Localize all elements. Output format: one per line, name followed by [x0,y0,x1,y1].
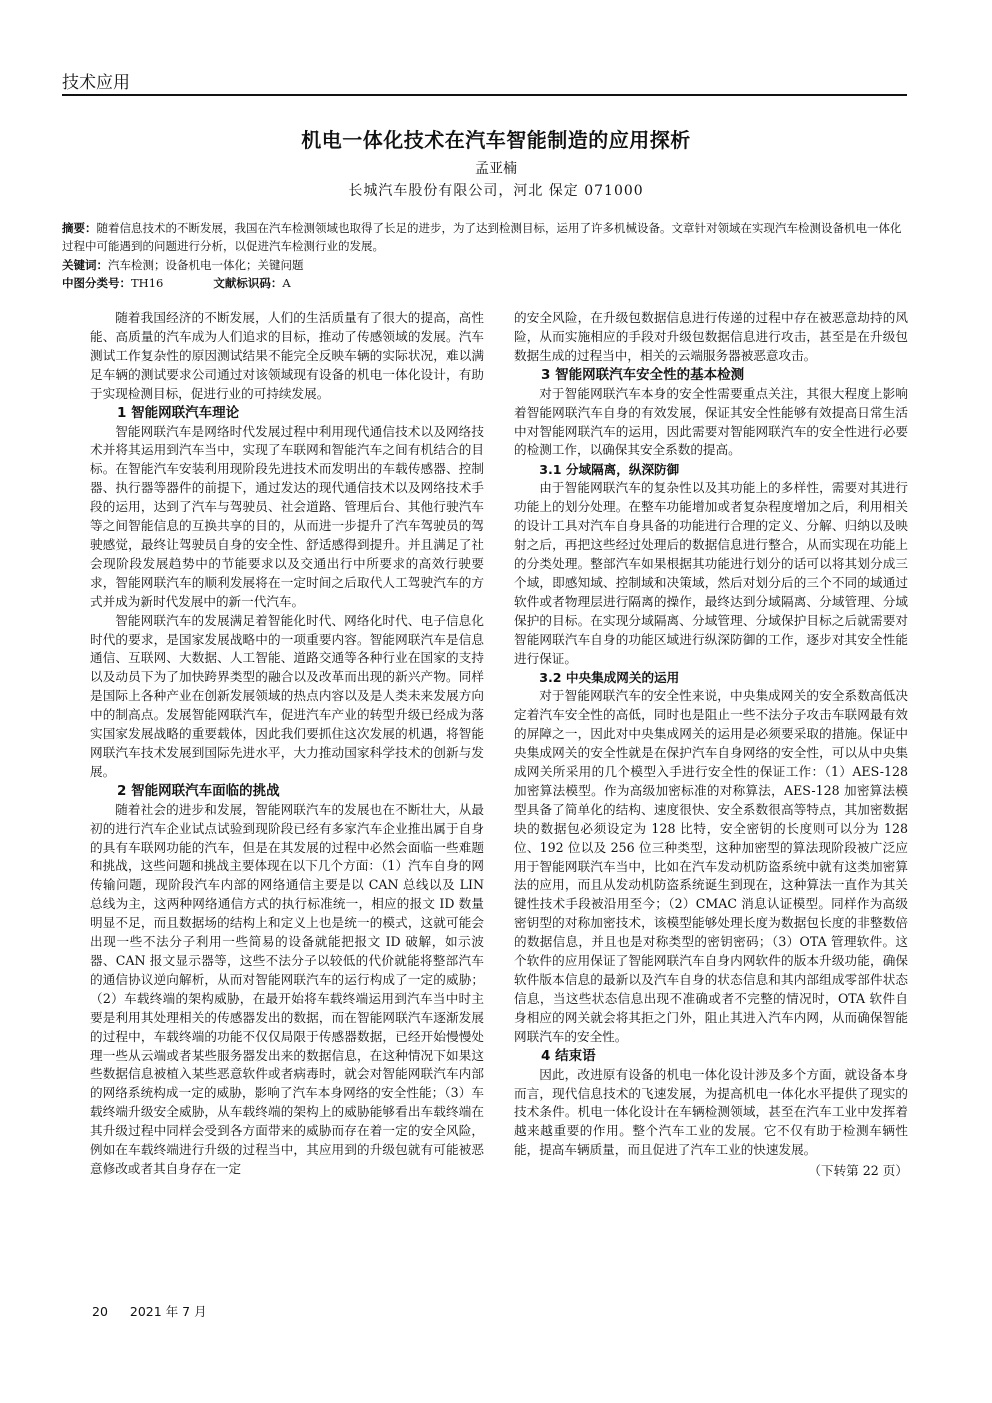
keywords: 关键词：汽车检测；设备机电一体化；关键问题 [62,256,907,274]
abstract: 摘要：随着信息技术的不断发展，我国在汽车检测领域也取得了长足的进步，为了达到检测… [62,219,907,255]
intro-paragraph: 随着我国经济的不断发展，人们的生活质量有了很大的提高，高性能、高质量的汽车成为人… [90,309,484,404]
section-1-heading: 1 智能网联汽车理论 [90,404,484,423]
abstract-label: 摘要： [62,221,97,235]
section-1-paragraph-2: 智能网联汽车的发展满足着智能化时代、网络化时代、电子信息化时代的要求，是国家发展… [90,612,484,782]
section-3-1-heading: 3.1 分域隔离，纵深防御 [514,460,908,479]
section-2-paragraph-1: 随着社会的进步和发展，智能网联汽车的发展也在不断壮大，从最初的进行汽车企业试点试… [90,801,484,1179]
right-column: 的安全风险，在升级包数据信息进行传递的过程中存在被恶意劫持的风险，从而实施相应的… [514,309,908,1181]
section-3-1-paragraph: 由于智能网联汽车的复杂性以及其功能上的多样性，需要对其进行功能上的划分处理。在整… [514,479,908,668]
clc-label: 中图分类号： [62,276,131,290]
continued-note: （下转第 22 页） [514,1162,908,1181]
classification: 中图分类号：TH16文献标识码：A [62,274,907,292]
article-title: 机电一体化技术在汽车智能制造的应用探析 [0,124,992,153]
author-name: 孟亚楠 [0,158,992,178]
author-affiliation: 长城汽车股份有限公司，河北 保定 071000 [0,180,992,200]
section-1-paragraph-1: 智能网联汽车是网络时代发展过程中利用现代通信技术以及网络技术并将其运用到汽车当中… [90,423,484,612]
section-2-paragraph-1-continued: 的安全风险，在升级包数据信息进行传递的过程中存在被恶意劫持的风险，从而实施相应的… [514,309,908,366]
issue-date: 2021 年 7 月 [130,1304,207,1319]
abstract-text: 随着信息技术的不断发展，我国在汽车检测领域也取得了长足的进步，为了达到检测目标，… [62,221,902,253]
doc-code-label: 文献标识码： [213,276,282,290]
page-footer: 202021 年 7 月 [92,1302,207,1320]
section-3-2-paragraph: 对于智能网联汽车的安全性来说，中央集成网关的安全系数高低决定着汽车安全性的高低，… [514,687,908,1046]
left-column: 随着我国经济的不断发展，人们的生活质量有了很大的提高，高性能、高质量的汽车成为人… [90,309,484,1179]
section-label: 技术应用 [62,68,130,93]
page-number: 20 [92,1304,108,1319]
section-4-paragraph: 因此，改进原有设备的机电一体化设计涉及多个方面，就设备本身而言，现代信息技术的飞… [514,1066,908,1161]
keywords-label: 关键词： [62,258,108,272]
section-3-heading: 3 智能网联汽车安全性的基本检测 [514,366,908,385]
clc-value: TH16 [131,276,163,290]
section-2-heading: 2 智能网联汽车面临的挑战 [90,782,484,801]
section-3-2-heading: 3.2 中央集成网关的运用 [514,668,908,687]
doc-code-value: A [282,276,290,290]
section-4-heading: 4 结束语 [514,1047,908,1066]
keywords-text: 汽车检测；设备机电一体化；关键问题 [108,258,304,272]
section-3-paragraph-1: 对于智能网联汽车本身的安全性需要重点关注，其很大程度上影响着智能网联汽车自身的有… [514,385,908,461]
header-rule [62,94,907,96]
